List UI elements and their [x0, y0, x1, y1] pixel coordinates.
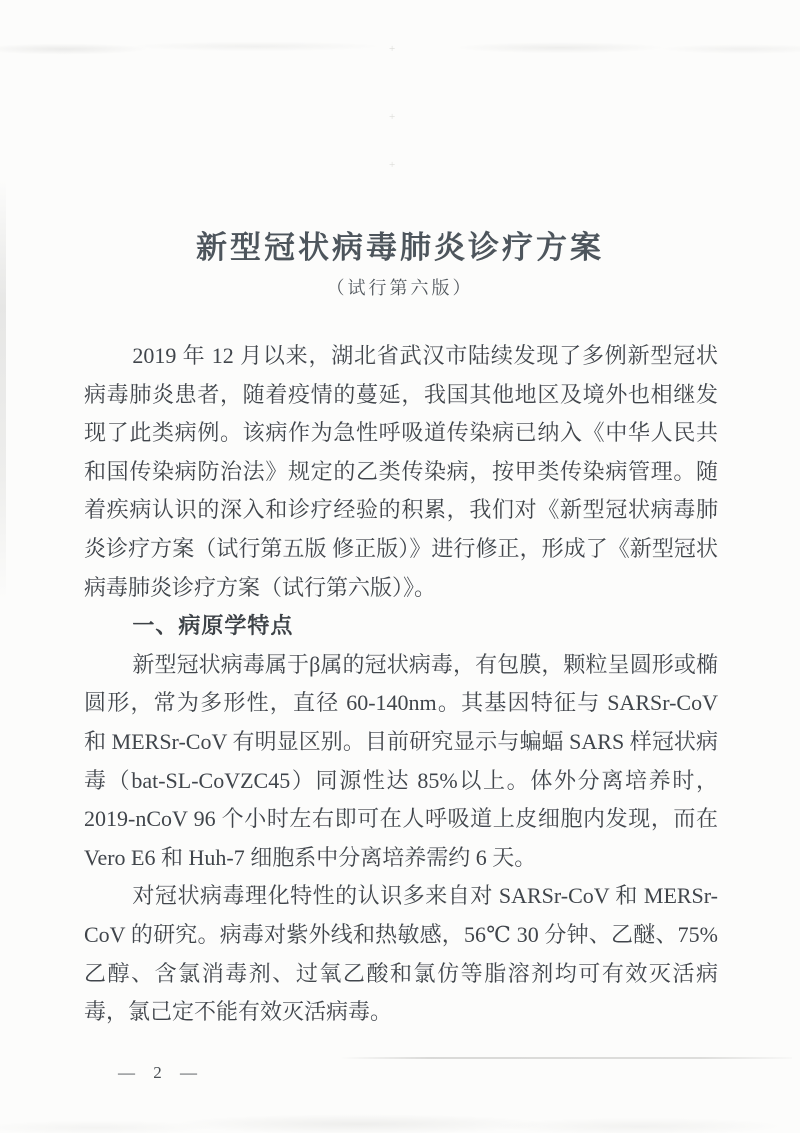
paragraph: 对冠状病毒理化特性的认识多来自对 SARSr-CoV 和 MERSr-CoV 的… [84, 877, 718, 1031]
fold-mark: + [389, 44, 395, 55]
scan-noise-bottom [0, 1089, 800, 1133]
paragraph: 新型冠状病毒属于β属的冠状病毒，有包膜，颗粒呈圆形或椭圆形，常为多形性，直径 6… [84, 646, 718, 878]
document-title: 新型冠状病毒肺炎诊疗方案 [0, 222, 800, 267]
page-number: — 2 — [118, 1063, 198, 1083]
section-heading: 一、病原学特点 [84, 607, 718, 646]
scanned-document-page: + + + + 新型冠状病毒肺炎诊疗方案 （试行第六版） 2019 年 12 月… [0, 0, 800, 1133]
document-subtitle: （试行第六版） [0, 274, 800, 300]
document-body: 2019 年 12 月以来，湖北省武汉市陆续发现了多例新型冠状病毒肺炎患者，随着… [84, 337, 718, 1032]
scan-line-artifact [340, 1057, 792, 1059]
fold-mark: + [389, 160, 395, 171]
scan-noise-top [0, 36, 800, 62]
fold-mark: + [389, 112, 395, 123]
paragraph: 2019 年 12 月以来，湖北省武汉市陆续发现了多例新型冠状病毒肺炎患者，随着… [84, 337, 718, 607]
